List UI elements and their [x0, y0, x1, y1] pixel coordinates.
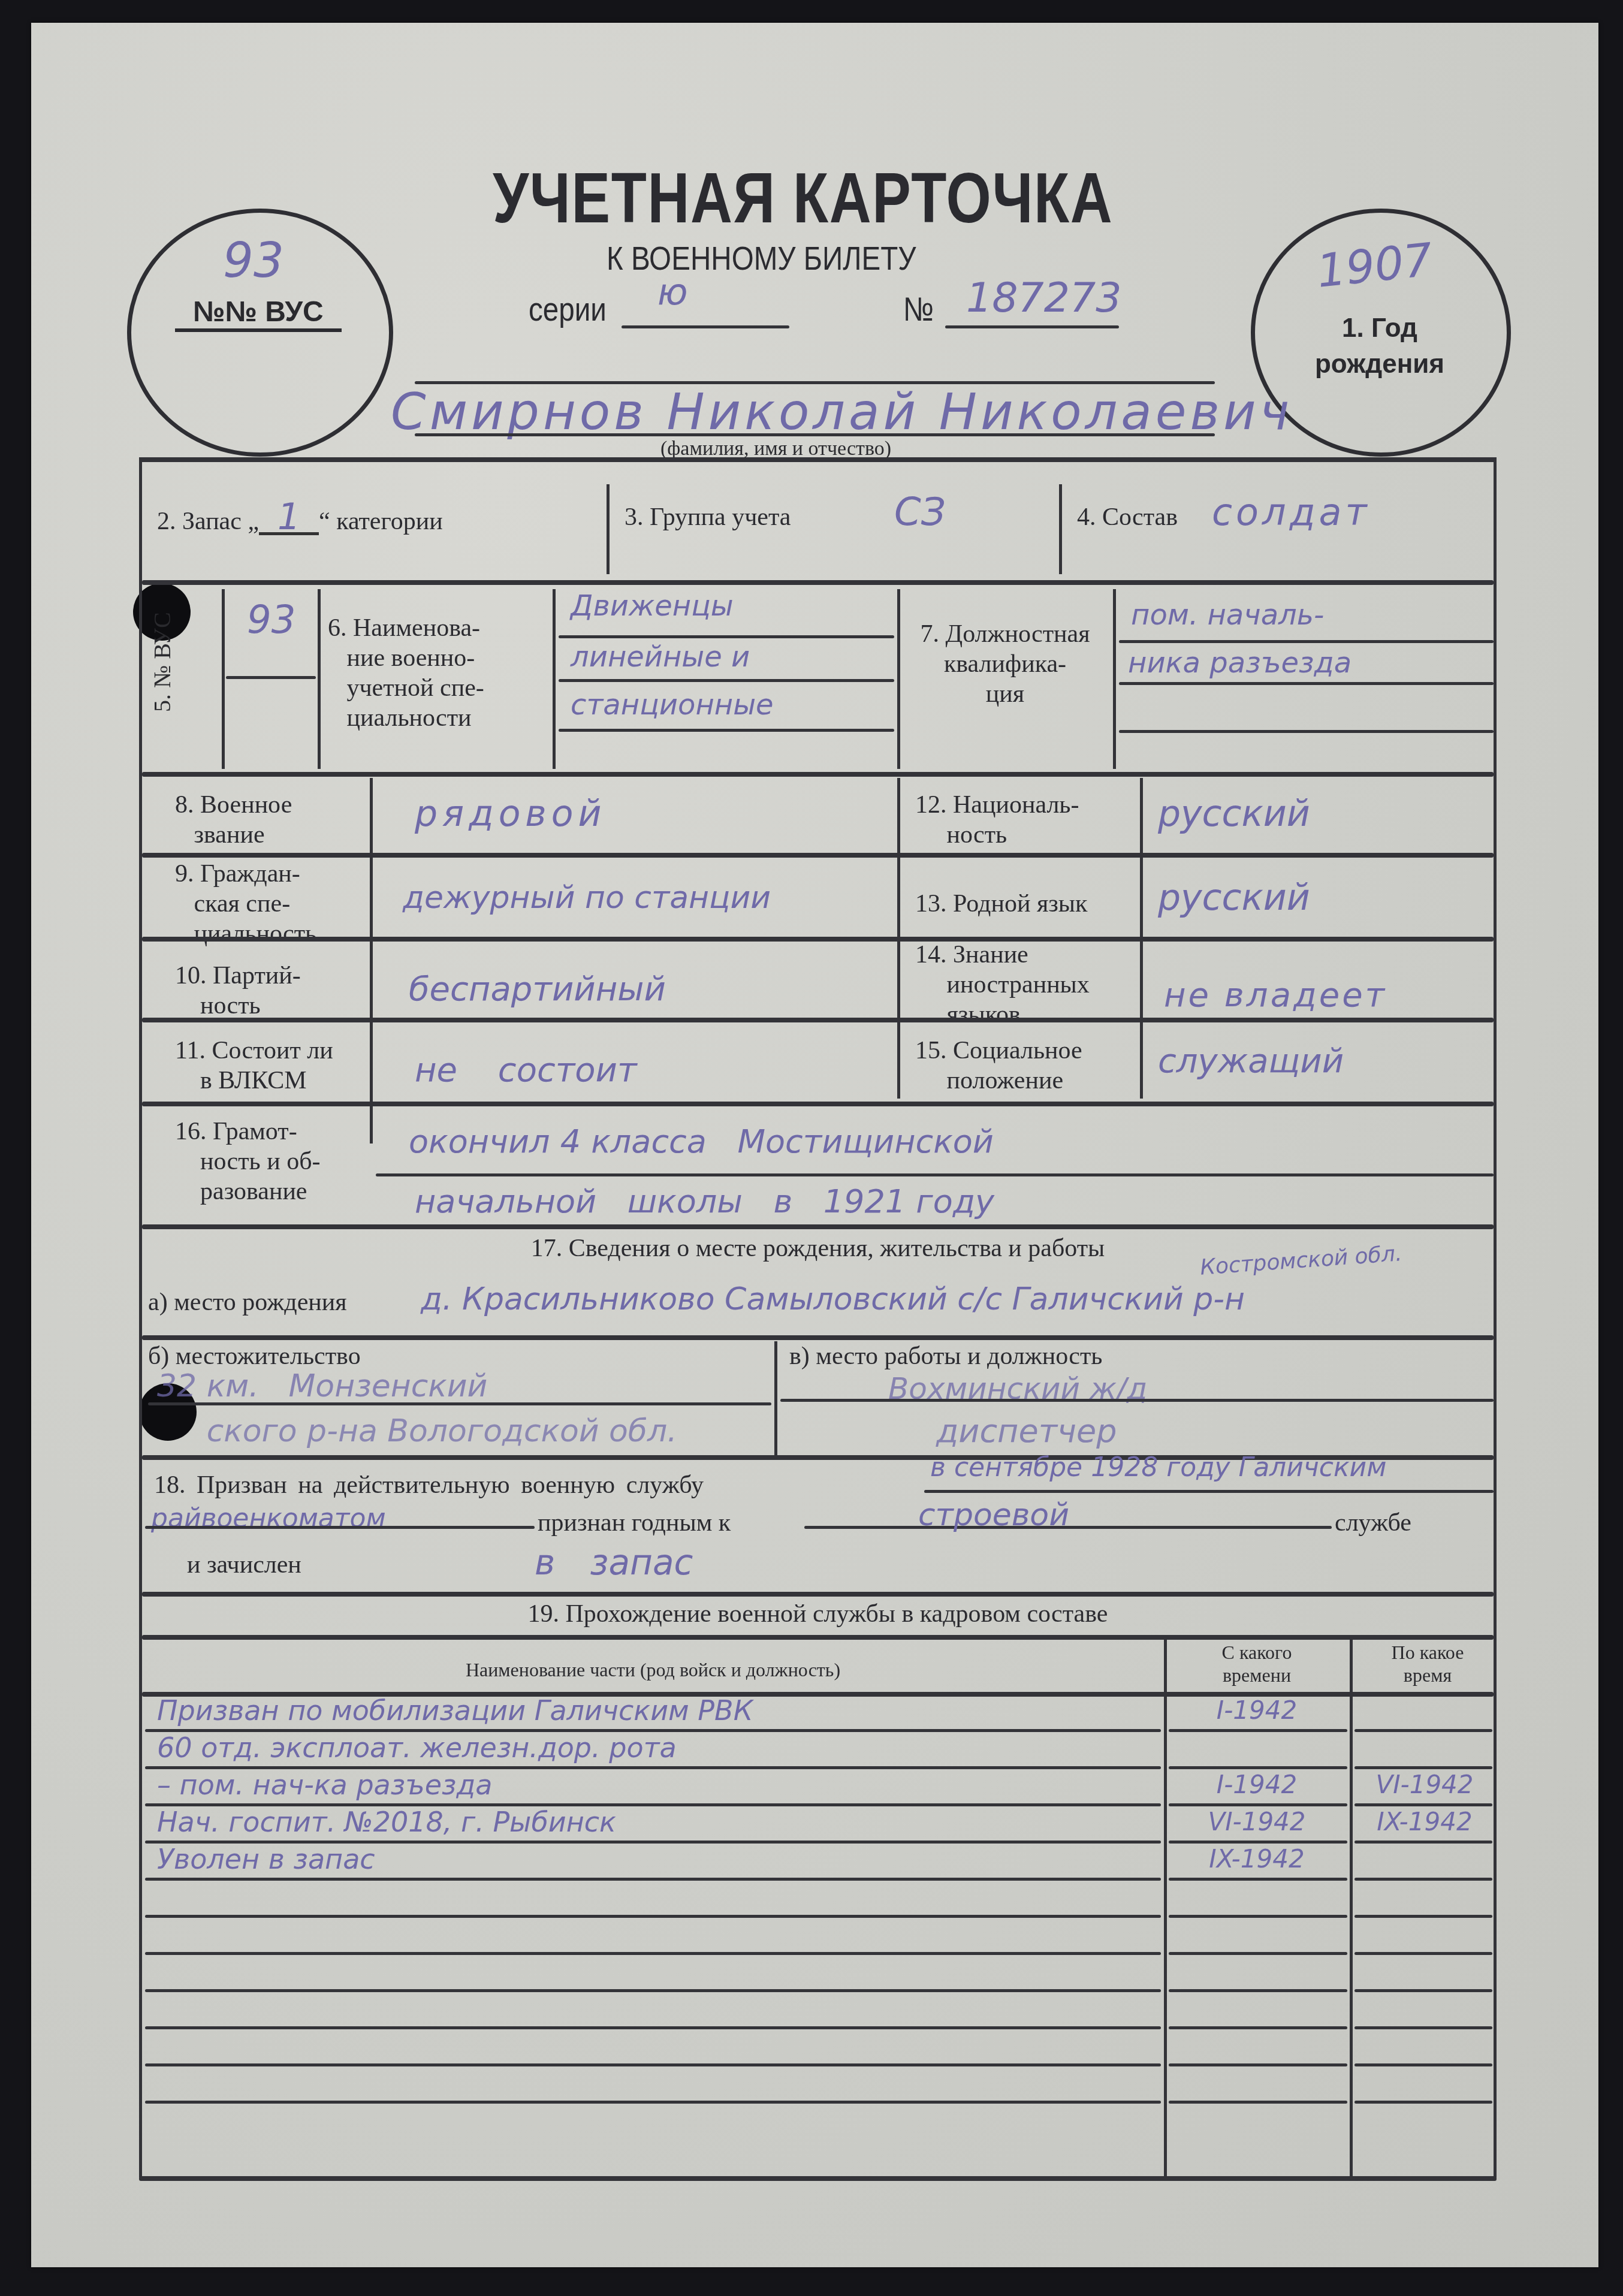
number-label: № — [903, 289, 934, 328]
row-unit: 60 отд. эксплоат. железн.дор. рота — [157, 1731, 677, 1764]
fit-for-value: строевой — [918, 1497, 1069, 1533]
name-line-bottom — [415, 433, 1215, 436]
field-7-label: 7. Должностнаяквалифика-ция — [903, 619, 1107, 709]
work-label: в) место работы и должность — [789, 1341, 1103, 1371]
section-18-label: 18. Призван на действительную военную сл… — [154, 1470, 704, 1500]
field-6-line-2: линейные и — [571, 640, 750, 674]
vus-circle-label: №№ ВУС — [175, 295, 342, 332]
residence-line-1: 32 км. Монзенский — [157, 1368, 487, 1404]
field-13-label: 13. Родной язык — [915, 889, 1087, 919]
field-12-label: 12. Националь- ность — [915, 790, 1079, 850]
field-8-value: рядовой — [415, 793, 606, 835]
number-line — [945, 325, 1119, 328]
field-5-value: 93 — [247, 598, 295, 642]
field-7-line-2: ника разъезда — [1128, 646, 1352, 680]
field-9-label: 9. Граждан- ская спе- циальность — [175, 859, 316, 949]
series-label: серии — [529, 289, 607, 328]
birthplace-value: д. Красильниково Самыловский с/с Галичск… — [421, 1281, 1245, 1317]
birthplace-label: а) место рождения — [148, 1287, 347, 1317]
series-line — [622, 325, 789, 328]
field-10-value: беспартийный — [409, 970, 666, 1009]
series-value: ю — [657, 271, 688, 313]
field-12-value: русский — [1158, 793, 1310, 835]
field-6-label: 6. Наименова- ние военно- учетной спе- ц… — [328, 613, 508, 733]
card-subtitle: К ВОЕННОМУ БИЛЕТУ — [607, 239, 916, 277]
section-18-call-up-value: в сентябре 1928 году Галичским — [930, 1452, 1386, 1483]
row-from: I-1942 — [1170, 1695, 1344, 1725]
field-16-line-2: начальной школы в 1921 году — [415, 1182, 994, 1220]
enrolled-label: и зачислен — [187, 1550, 301, 1580]
field-14-label: 14. Знание иностранных языков — [915, 940, 1090, 1030]
card-title: УЧЕТНАЯ КАРТОЧКА — [493, 158, 1113, 239]
column-header-to: По какое время — [1368, 1641, 1488, 1686]
vus-circle-value: 93 — [223, 233, 284, 288]
field-13-value: русский — [1158, 877, 1310, 919]
row-to: VI-1942 — [1356, 1770, 1494, 1799]
row-from: VI-1942 — [1170, 1807, 1344, 1836]
residence-label: б) местожительство — [148, 1341, 361, 1371]
field-14-value: не владеет — [1164, 976, 1387, 1015]
column-header-from: С какого времени — [1191, 1641, 1323, 1686]
row-from: IX-1942 — [1170, 1844, 1344, 1873]
registration-card: 93 №№ ВУС 1907 1. Год рождения УЧЕТНАЯ К… — [31, 23, 1598, 2267]
column-header-unit: Наименование части (род войск и должност… — [142, 1659, 1164, 1681]
field-16-line-1: окончил 4 класса Мостищинской — [409, 1123, 994, 1160]
field-2-value: 1 — [259, 502, 319, 535]
field-5-label: 5. № ВУС — [148, 612, 176, 712]
row-unit: – пом. нач-ка разъезда — [157, 1769, 493, 1801]
frame-bottom — [139, 2176, 1497, 2181]
field-2-label: 2. Запас „1“ категории — [157, 502, 443, 536]
full-name-value: Смирнов Николай Николаевич — [391, 382, 1293, 441]
frame-right — [1494, 457, 1497, 2177]
frame-left — [139, 457, 142, 2177]
field-6-line-3: станционные — [571, 688, 774, 722]
enrolled-value: в запас — [535, 1542, 693, 1583]
field-15-value: служащий — [1158, 1042, 1344, 1081]
field-4-value: солдат — [1212, 490, 1371, 534]
field-11-value: не состоит — [415, 1051, 637, 1090]
frame-top — [139, 457, 1497, 462]
fit-for-label: признан годным к — [538, 1508, 731, 1538]
residence-line-2: ского р-на Вологодской обл. — [157, 1413, 677, 1449]
field-8-label: 8. Военное звание — [175, 790, 292, 850]
service-label: службе — [1335, 1508, 1411, 1538]
section-18-call-up-value-b: райвоенкоматом — [151, 1503, 386, 1534]
row-unit: Уволен в запас — [157, 1843, 375, 1875]
field-6-line-1: Движенцы — [571, 589, 734, 623]
row-from: I-1942 — [1170, 1770, 1344, 1799]
field-15-label: 15. Социальное положение — [915, 1036, 1082, 1096]
row-to: IX-1942 — [1356, 1807, 1494, 1836]
number-value: 187273 — [966, 274, 1122, 322]
work-line-2: диспетчер — [936, 1412, 1117, 1450]
field-4-label: 4. Состав — [1077, 502, 1178, 532]
field-9-value: дежурный по станции — [403, 880, 771, 916]
field-11-label: 11. Состоит ли в ВЛКСМ — [175, 1036, 333, 1096]
field-7-line-1: пом. началь- — [1131, 598, 1324, 632]
field-16-label: 16. Грамот- ность и об- разование — [175, 1117, 321, 1206]
field-10-label: 10. Партий- ность — [175, 961, 301, 1021]
row-unit: Нач. госпит. №2018, г. Рыбинск — [157, 1806, 616, 1838]
birth-year-label: 1. Год рождения — [1290, 310, 1470, 382]
row-unit: Призван по мобилизации Галичским РВК — [157, 1694, 753, 1727]
field-3-value: СЗ — [894, 490, 946, 535]
field-3-label: 3. Группа учета — [625, 502, 791, 532]
section-19-title: 19. Прохождение военной службы в кадрово… — [142, 1599, 1494, 1629]
